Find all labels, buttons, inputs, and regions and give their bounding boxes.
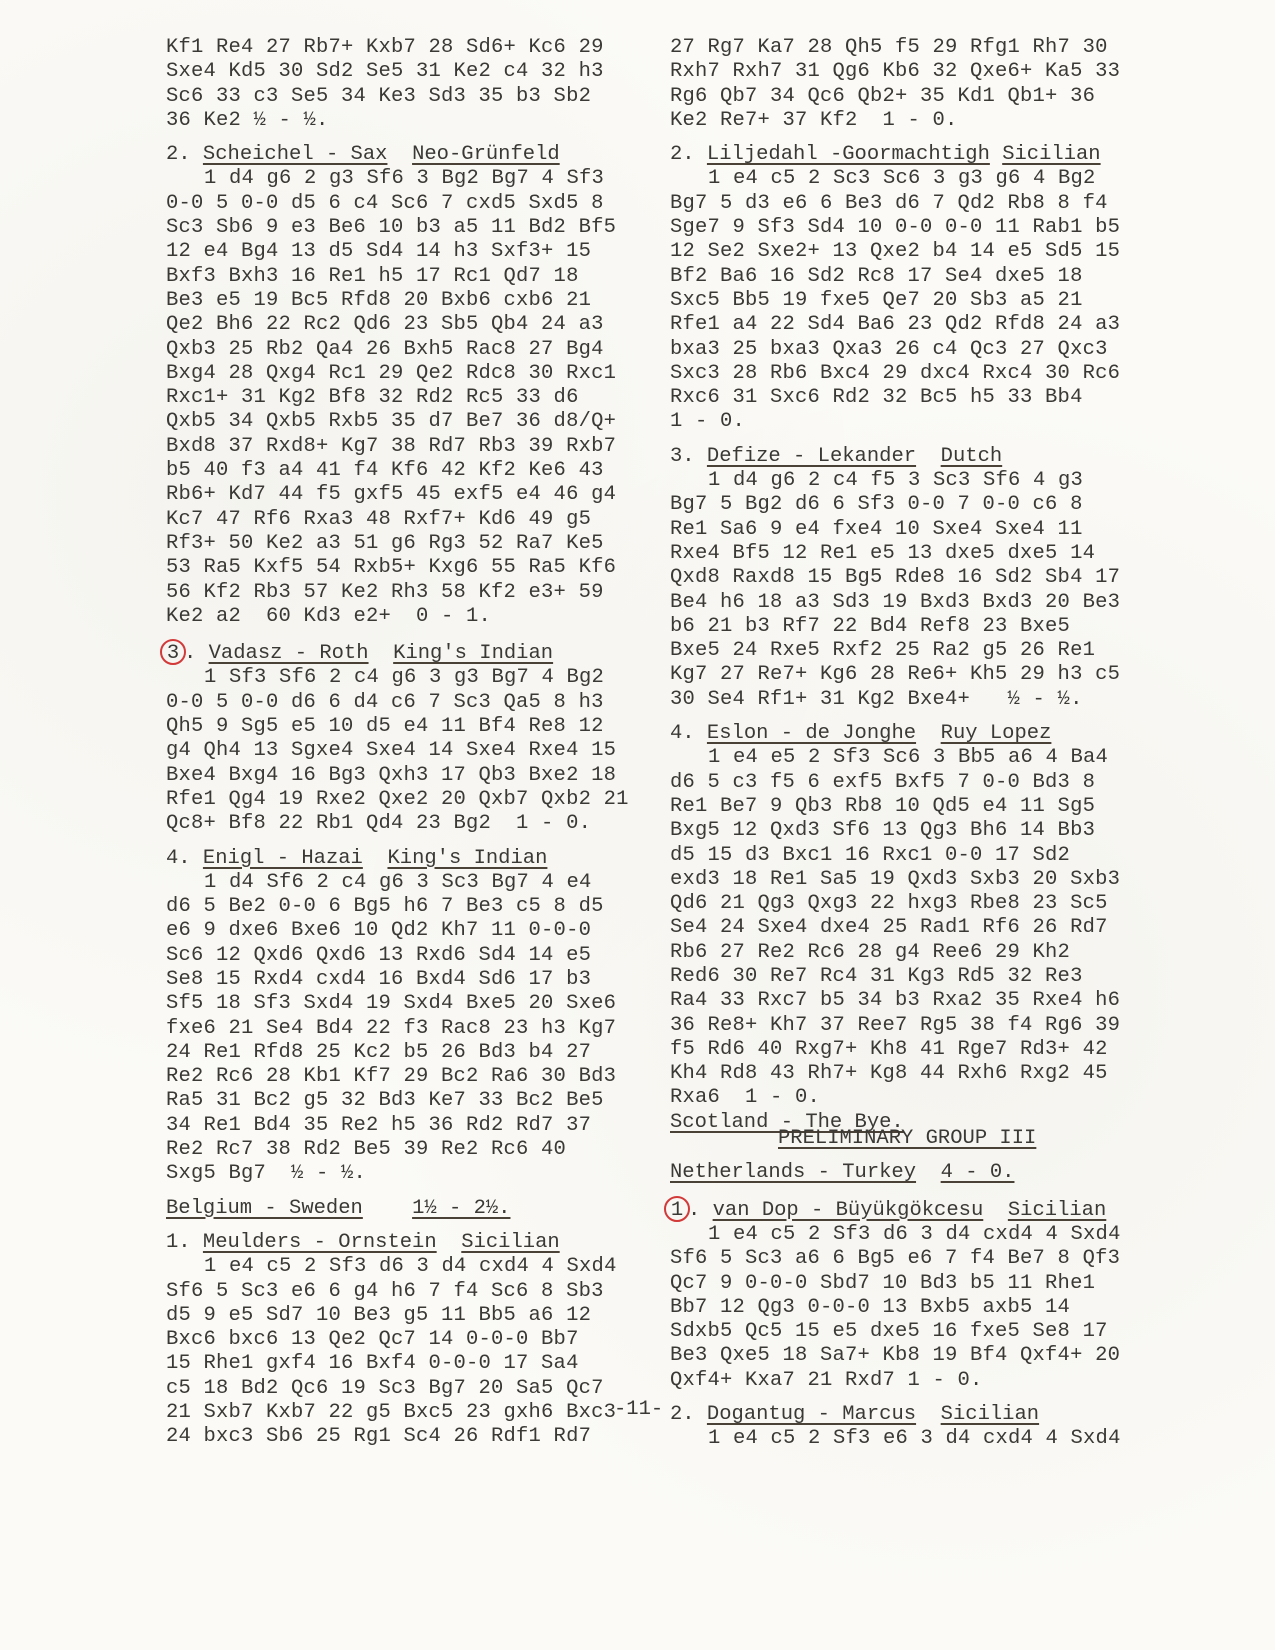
game-players: Liljedahl -Goormachtigh [707, 143, 990, 166]
move-line: 24 bxc3 Sb6 25 Rg1 Sc4 26 Rdf1 Rd7 [166, 1425, 656, 1449]
move-line: Bxe4 Bxg4 16 Bg3 Qxh3 17 Qb3 Bxe2 18 [166, 764, 656, 788]
move-line: Bxe5 24 Rxe5 Rxf2 25 Ra2 g5 26 Re1 [670, 639, 1160, 663]
move-line: Ke2 Re7+ 37 Kf2 1 - 0. [670, 109, 1160, 133]
move-line: 21 Sxb7 Kxb7 22 g5 Bxc5 23 gxh6 Bxc3 [166, 1401, 656, 1425]
move-line: Re1 Sa6 9 e4 fxe4 10 Sxe4 Sxe4 11 [670, 518, 1160, 542]
move-line: d5 15 d3 Bxc1 16 Rxc1 0-0 17 Sd2 [670, 844, 1160, 868]
move-line: Se4 24 Sxe4 dxe4 25 Rad1 Rf6 26 Rd7 [670, 916, 1160, 940]
move-line: exd3 18 Re1 Sa5 19 Qxd3 Sxb3 20 Sxb3 [670, 868, 1160, 892]
game-heading: 1. van Dop - Büyükgökcesu Sicilian [670, 1196, 1160, 1223]
game-heading: 2. Dogantug - Marcus Sicilian [670, 1403, 1160, 1427]
game-enigl-hazai: 4. Enigl - Hazai King's Indian 1 d4 Sf6 … [166, 847, 656, 1187]
move-line: Sc3 Sb6 9 e3 Be6 10 b3 a5 11 Bd2 Bf5 [166, 216, 656, 240]
move-line: 12 e4 Bg4 13 d5 Sd4 14 h3 Sxf3+ 15 [166, 240, 656, 264]
move-line: Kh4 Rd8 43 Rh7+ Kg8 44 Rxh6 Rxg2 45 [670, 1062, 1160, 1086]
match-teams: Belgium - Sweden [166, 1197, 363, 1220]
move-line: Se8 15 Rxd4 cxd4 16 Bxd4 Sd6 17 b3 [166, 968, 656, 992]
move-line: 1 e4 c5 2 Sf3 d6 3 d4 cxd4 4 Sxd4 [166, 1255, 656, 1279]
move-line: b5 40 f3 a4 41 f4 Kf6 42 Kf2 Ke6 43 [166, 459, 656, 483]
move-line: Re1 Be7 9 Qb3 Rb8 10 Qd5 e4 11 Sg5 [670, 795, 1160, 819]
game-defize-lekander: 3. Defize - Lekander Dutch 1 d4 g6 2 c4 … [670, 445, 1160, 712]
match-score: 4 - 0. [941, 1161, 1015, 1184]
move-line: 1 - 0. [670, 410, 1160, 434]
move-line: Qxb3 25 Rb2 Qa4 26 Bxh5 Rac8 27 Bg4 [166, 338, 656, 362]
move-line: 0-0 5 0-0 d5 6 c4 Sc6 7 cxd5 Sxd5 8 [166, 192, 656, 216]
move-line: Qxb5 34 Qxb5 Rxb5 35 d7 Be7 36 d8/Q+ [166, 410, 656, 434]
move-line: Sf6 5 Sc3 e6 6 g4 h6 7 f4 Sc6 8 Sb3 [166, 1280, 656, 1304]
move-line: b6 21 b3 Rf7 22 Bd4 Ref8 23 Bxe5 [670, 615, 1160, 639]
move-line: Rg6 Qb7 34 Qc6 Qb2+ 35 Kd1 Qb1+ 36 [670, 85, 1160, 109]
move-line: Rfe1 a4 22 Sd4 Ba6 23 Qd2 Rfd8 24 a3 [670, 313, 1160, 337]
move-line: Qc7 9 0-0-0 Sbd7 10 Bd3 b5 11 Rhe1 [670, 1272, 1160, 1296]
game-moves: 1 d4 g6 2 c4 f5 3 Sc3 Sf6 4 g3Bg7 5 Bg2 … [670, 469, 1160, 712]
move-line: Qxf4+ Kxa7 21 Rxd7 1 - 0. [670, 1369, 1160, 1393]
game-players: Meulders - Ornstein [203, 1231, 437, 1254]
game-opening: Sicilian [1008, 1199, 1106, 1222]
game-players: van Dop - Büyükgökcesu [713, 1199, 984, 1222]
move-line: 1 e4 c5 2 Sc3 Sc6 3 g3 g6 4 Bg2 [670, 167, 1160, 191]
game-meulders-ornstein: 1. Meulders - Ornstein Sicilian 1 e4 c5 … [166, 1231, 656, 1450]
game-number: 2. [166, 143, 191, 166]
move-line: Red6 30 Re7 Rc4 31 Kg3 Rd5 32 Re3 [670, 965, 1160, 989]
game-eslon-de-jonghe: 4. Eslon - de Jonghe Ruy Lopez 1 e4 e5 2… [670, 722, 1160, 1111]
move-line: Be4 h6 18 a3 Sd3 19 Bxd3 Bxd3 20 Be3 [670, 591, 1160, 615]
move-line: Kg7 27 Re7+ Kg6 28 Re6+ Kh5 29 h3 c5 [670, 663, 1160, 687]
move-line: Bxc6 bxc6 13 Qe2 Qc7 14 0-0-0 Bb7 [166, 1328, 656, 1352]
move-line: 1 d4 g6 2 g3 Sf6 3 Bg2 Bg7 4 Sf3 [166, 167, 656, 191]
move-line: Qe2 Bh6 22 Rc2 Qd6 23 Sb5 Qb4 24 a3 [166, 313, 656, 337]
move-line: Rf3+ 50 Ke2 a3 51 g6 Rg3 52 Ra7 Ke5 [166, 532, 656, 556]
move-line: d6 5 Be2 0-0 6 Bg5 h6 7 Be3 c5 8 d5 [166, 895, 656, 919]
game-van-dop-buyukgokcesu: 1. van Dop - Büyükgökcesu Sicilian 1 e4 … [670, 1196, 1160, 1393]
game-heading: 3. Vadasz - Roth King's Indian [166, 639, 656, 666]
game-heading: 2. Scheichel - Sax Neo-Grünfeld [166, 143, 656, 167]
move-line: Be3 e5 19 Bc5 Rfd8 20 Bxb6 cxb6 21 [166, 289, 656, 313]
game-heading: 4. Eslon - de Jonghe Ruy Lopez [670, 722, 1160, 746]
game-players: Defize - Lekander [707, 445, 916, 468]
move-line: 1 Sf3 Sf6 2 c4 g6 3 g3 Bg7 4 Bg2 [166, 666, 656, 690]
game-heading: 3. Defize - Lekander Dutch [670, 445, 1160, 469]
match-heading: Belgium - Sweden 1½ - 2½. [166, 1197, 656, 1221]
move-line: Re2 Rc6 28 Kb1 Kf7 29 Bc2 Ra6 30 Bd3 [166, 1065, 656, 1089]
move-line: Bg7 5 Bg2 d6 6 Sf3 0-0 7 0-0 c6 8 [670, 493, 1160, 517]
move-line: bxa3 25 bxa3 Qxa3 26 c4 Qc3 27 Qxc3 [670, 338, 1160, 362]
game-moves: 1 e4 c5 2 Sc3 Sc6 3 g3 g6 4 Bg2Bg7 5 d3 … [670, 167, 1160, 434]
move-line: 1 e4 c5 2 Sf3 e6 3 d4 cxd4 4 Sxd4 [670, 1427, 1160, 1451]
move-line: Qd6 21 Qg3 Qxg3 22 hxg3 Rbe8 23 Sc5 [670, 892, 1160, 916]
game-moves: 1 Sf3 Sf6 2 c4 g6 3 g3 Bg7 4 Bg20-0 5 0-… [166, 666, 656, 836]
move-line: Bb7 12 Qg3 0-0-0 13 Bxb5 axb5 14 [670, 1296, 1160, 1320]
move-line: Rxe4 Bf5 12 Re1 e5 13 dxe5 dxe5 14 [670, 542, 1160, 566]
game-players: Dogantug - Marcus [707, 1403, 916, 1426]
game-heading: 2. Liljedahl -Goormachtigh Sicilian [670, 143, 1160, 167]
game-players: Eslon - de Jonghe [707, 722, 916, 745]
game-number: 4. [670, 722, 695, 745]
move-line: g4 Qh4 13 Sgxe4 Sxe4 14 Sxe4 Rxe4 15 [166, 739, 656, 763]
game-number: 4. [166, 847, 191, 870]
move-line: Qc8+ Bf8 22 Rb1 Qd4 23 Bg2 1 - 0. [166, 812, 656, 836]
move-line: Sdxb5 Qc5 15 e5 dxe5 16 fxe5 Se8 17 [670, 1320, 1160, 1344]
move-line: Re2 Rc7 38 Rd2 Be5 39 Re2 Rc6 40 [166, 1138, 656, 1162]
move-line: Bxf3 Bxh3 16 Re1 h5 17 Rc1 Qd7 18 [166, 265, 656, 289]
move-line: Sf6 5 Sc3 a6 6 Bg5 e6 7 f4 Be7 8 Qf3 [670, 1247, 1160, 1271]
game-heading: 4. Enigl - Hazai King's Indian [166, 847, 656, 871]
game-moves: 1 e4 c5 2 Sf3 d6 3 d4 cxd4 4 Sxd4Sf6 5 S… [670, 1223, 1160, 1393]
game-number: 1. [166, 1231, 191, 1254]
move-line: Sc6 12 Qxd6 Qxd6 13 Rxd6 Sd4 14 e5 [166, 944, 656, 968]
game-moves: 1 e4 c5 2 Sf3 d6 3 d4 cxd4 4 Sxd4Sf6 5 S… [166, 1255, 656, 1449]
move-line: Sge7 9 Sf3 Sd4 10 0-0 0-0 11 Rab1 b5 [670, 216, 1160, 240]
move-line: Sxe4 Kd5 30 Sd2 Se5 31 Ke2 c4 32 h3 [166, 60, 656, 84]
move-line: 0-0 5 0-0 d6 6 d4 c6 7 Sc3 Qa5 8 h3 [166, 691, 656, 715]
move-line: Ra4 33 Rxc7 b5 34 b3 Rxa2 35 Rxe4 h6 [670, 989, 1160, 1013]
red-circle-mark: 1 [664, 1196, 690, 1222]
move-line: Bxg4 28 Qxg4 Rc1 29 Qe2 Rdc8 30 Rxc1 [166, 362, 656, 386]
match-teams: Netherlands - Turkey [670, 1161, 916, 1184]
move-line: Sxc3 28 Rb6 Bxc4 29 dxc4 Rxc4 30 Rc6 [670, 362, 1160, 386]
move-line: 30 Se4 Rf1+ 31 Kg2 Bxe4+ ½ - ½. [670, 688, 1160, 712]
game-players: Scheichel - Sax [203, 143, 388, 166]
move-line: 24 Re1 Rfd8 25 Kc2 b5 26 Bd3 b4 27 [166, 1041, 656, 1065]
move-line: Qxd8 Raxd8 15 Bg5 Rde8 16 Sd2 Sb4 17 [670, 566, 1160, 590]
game-moves: 1 e4 e5 2 Sf3 Sc6 3 Bb5 a6 4 Ba4d6 5 c3 … [670, 746, 1160, 1110]
game-vadasz-roth: 3. Vadasz - Roth King's Indian 1 Sf3 Sf6… [166, 639, 656, 836]
move-line: 53 Ra5 Kxf5 54 Rxb5+ Kxg6 55 Ra5 Kf6 [166, 556, 656, 580]
move-line: Rxc1+ 31 Kg2 Bf8 32 Rd2 Rc5 33 d6 [166, 386, 656, 410]
game-opening: King's Indian [393, 642, 553, 665]
game-continuation: 27 Rg7 Ka7 28 Qh5 f5 29 Rfg1 Rh7 30Rxh7 … [670, 36, 1160, 133]
move-line: Be3 Qxe5 18 Sa7+ Kb8 19 Bf4 Qxf4+ 20 [670, 1344, 1160, 1368]
move-line: Ra5 31 Bc2 g5 32 Bd3 Ke7 33 Bc2 Be5 [166, 1089, 656, 1113]
move-line: Bg7 5 d3 e6 6 Be3 d6 7 Qd2 Rb8 8 f4 [670, 192, 1160, 216]
move-line: d5 9 e5 Sd7 10 Be3 g5 11 Bb5 a6 12 [166, 1304, 656, 1328]
game-moves: 1 d4 Sf6 2 c4 g6 3 Sc3 Bg7 4 e4d6 5 Be2 … [166, 871, 656, 1187]
move-line: Sc6 33 c3 Se5 34 Ke3 Sd3 35 b3 Sb2 [166, 85, 656, 109]
left-column: Kf1 Re4 27 Rb7+ Kxb7 28 Sd6+ Kc6 29Sxe4 … [166, 36, 656, 1460]
game-moves: 1 e4 c5 2 Sf3 e6 3 d4 cxd4 4 Sxd4 [670, 1427, 1160, 1451]
move-line: d6 5 c3 f5 6 exf5 Bxf5 7 0-0 Bd3 8 [670, 771, 1160, 795]
game-liljedahl-goormachtigh: 2. Liljedahl -Goormachtigh Sicilian 1 e4… [670, 143, 1160, 435]
move-line: 1 d4 g6 2 c4 f5 3 Sc3 Sf6 4 g3 [670, 469, 1160, 493]
move-line: 15 Rhe1 gxf4 16 Bxf4 0-0-0 17 Sa4 [166, 1352, 656, 1376]
game-number: 2. [670, 1403, 695, 1426]
game-opening: Dutch [941, 445, 1003, 468]
game-number: 3 [167, 642, 179, 665]
move-line: Bxd8 37 Rxd8+ Kg7 38 Rd7 Rb3 39 Rxb7 [166, 435, 656, 459]
game-opening: Sicilian [941, 1403, 1039, 1426]
game-moves: 1 d4 g6 2 g3 Sf6 3 Bg2 Bg7 4 Sf30-0 5 0-… [166, 167, 656, 629]
move-line: Rxc6 31 Sxc6 Rd2 32 Bc5 h5 33 Bb4 [670, 386, 1160, 410]
move-line: Sf5 18 Sf3 Sxd4 19 Sxd4 Bxe5 20 Sxe6 [166, 992, 656, 1016]
game-players: Enigl - Hazai [203, 847, 363, 870]
move-line: 1 e4 c5 2 Sf3 d6 3 d4 cxd4 4 Sxd4 [670, 1223, 1160, 1247]
match-heading: Netherlands - Turkey 4 - 0. [670, 1161, 1160, 1185]
move-line: 36 Ke2 ½ - ½. [166, 109, 656, 133]
game-opening: King's Indian [387, 847, 547, 870]
move-line: e6 9 dxe6 Bxe6 10 Qd2 Kh7 11 0-0-0 [166, 919, 656, 943]
move-line: Rxh7 Rxh7 31 Qg6 Kb6 32 Qxe6+ Ka5 33 [670, 60, 1160, 84]
move-line: 27 Rg7 Ka7 28 Qh5 f5 29 Rfg1 Rh7 30 [670, 36, 1160, 60]
move-line: 12 Se2 Sxe2+ 13 Qxe2 b4 14 e5 Sd5 15 [670, 240, 1160, 264]
group-title-text: PRELIMINARY GROUP III [778, 1127, 1036, 1150]
move-line: 56 Kf2 Rb3 57 Ke2 Rh3 58 Kf2 e3+ 59 [166, 581, 656, 605]
game-opening: Sicilian [461, 1231, 559, 1254]
move-line: Rb6+ Kd7 44 f5 gxf5 45 exf5 e4 46 g4 [166, 483, 656, 507]
game-scheichel-sax: 2. Scheichel - Sax Neo-Grünfeld 1 d4 g6 … [166, 143, 656, 629]
move-line: Rxa6 1 - 0. [670, 1086, 1160, 1110]
move-line: Bxg5 12 Qxd3 Sf6 13 Qg3 Bh6 14 Bb3 [670, 819, 1160, 843]
move-line: 1 e4 e5 2 Sf3 Sc6 3 Bb5 a6 4 Ba4 [670, 746, 1160, 770]
move-line: Ke2 a2 60 Kd3 e2+ 0 - 1. [166, 605, 656, 629]
move-line: Rfe1 Qg4 19 Rxe2 Qxe2 20 Qxb7 Qxb2 21 [166, 788, 656, 812]
move-line: Kc7 47 Rf6 Rxa3 48 Rxf7+ Kd6 49 g5 [166, 508, 656, 532]
move-line: Kf1 Re4 27 Rb7+ Kxb7 28 Sd6+ Kc6 29 [166, 36, 656, 60]
right-column: 27 Rg7 Ka7 28 Qh5 f5 29 Rfg1 Rh7 30Rxh7 … [670, 36, 1160, 1462]
move-line: f5 Rd6 40 Rxg7+ Kh8 41 Rge7 Rd3+ 42 [670, 1038, 1160, 1062]
game-heading: 1. Meulders - Ornstein Sicilian [166, 1231, 656, 1255]
move-line: Rb6 27 Re2 Rc6 28 g4 Ree6 29 Kh2 [670, 941, 1160, 965]
game-number: 3. [670, 445, 695, 468]
game-number: 1 [671, 1199, 683, 1222]
move-line: Qh5 9 Sg5 e5 10 d5 e4 11 Bf4 Re8 12 [166, 715, 656, 739]
match-score: 1½ - 2½. [412, 1197, 510, 1220]
page-number: -11- [614, 1398, 663, 1421]
game-opening: Sicilian [1002, 143, 1100, 166]
game-opening: Neo-Grünfeld [412, 143, 560, 166]
game-dogantug-marcus: 2. Dogantug - Marcus Sicilian 1 e4 c5 2 … [670, 1403, 1160, 1452]
red-circle-mark: 3 [160, 639, 186, 665]
move-line: Sxc5 Bb5 19 fxe5 Qe7 20 Sb3 a5 21 [670, 289, 1160, 313]
move-line: fxe6 21 Se4 Bd4 22 f3 Rac8 23 h3 Kg7 [166, 1017, 656, 1041]
move-line: c5 18 Bd2 Qc6 19 Sc3 Bg7 20 Sa5 Qc7 [166, 1377, 656, 1401]
game-number: 2. [670, 143, 695, 166]
game-opening: Ruy Lopez [941, 722, 1052, 745]
move-line: 34 Re1 Bd4 35 Re2 h5 36 Rd2 Rd7 37 [166, 1114, 656, 1138]
game-continuation: Kf1 Re4 27 Rb7+ Kxb7 28 Sd6+ Kc6 29Sxe4 … [166, 36, 656, 133]
game-players: Vadasz - Roth [209, 642, 369, 665]
move-line: Sxg5 Bg7 ½ - ½. [166, 1162, 656, 1186]
move-line: 36 Re8+ Kh7 37 Ree7 Rg5 38 f4 Rg6 39 [670, 1014, 1160, 1038]
move-line: Bf2 Ba6 16 Sd2 Rc8 17 Se4 dxe5 18 [670, 265, 1160, 289]
move-line: 1 d4 Sf6 2 c4 g6 3 Sc3 Bg7 4 e4 [166, 871, 656, 895]
